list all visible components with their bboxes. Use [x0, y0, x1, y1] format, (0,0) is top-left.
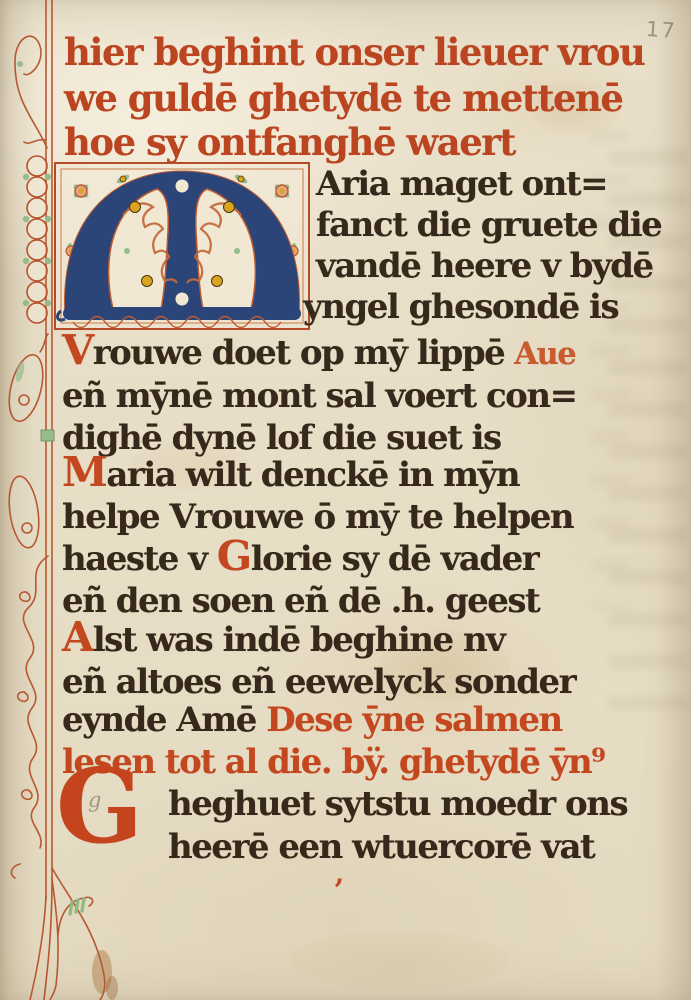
rubric-line: lesen tot al die. bÿ. ghetydē ȳn⁹ [62, 742, 605, 782]
line-text: haeste v [62, 539, 217, 579]
folio-number: 17 [645, 17, 677, 43]
line-text: eynde Amē [62, 700, 266, 740]
red-tick-mark: ʼ [333, 874, 343, 909]
versal-initial: G [217, 531, 251, 580]
versal-initial: V [62, 325, 93, 374]
text-line: fanct die gruete die [316, 205, 661, 245]
parchment-stain [290, 930, 510, 990]
text-line: eynde Amē Dese ȳne salmen [62, 700, 562, 740]
text-line: Maria wilt denckē in mȳn [62, 455, 519, 495]
rubric-line: we guldē ghetydē te mettenē [64, 76, 622, 120]
text-line: eñ altoes eñ eewelyck sonder [62, 662, 575, 702]
text-line: yngel ghesondē is [303, 287, 618, 327]
text-line: Aria maget ont= [316, 164, 607, 204]
rubric-line: hoe sy ontfanghē waert [64, 120, 515, 164]
illuminated-initial-M [53, 161, 311, 331]
text-line: eñ den soen eñ dē .h. geest [62, 581, 539, 621]
text-line: haeste v Glorie sy dē vader [62, 539, 538, 579]
text-line: eñ mȳnē mont sal voert con= [62, 376, 577, 416]
versal-initial: A [62, 612, 93, 661]
line-text: lorie sy dē vader [251, 539, 538, 579]
manuscript-page: 17 [0, 0, 691, 1000]
text-line: heerē een wtuercorē vat [168, 827, 594, 867]
line-text: aria wilt denckē in mȳn [106, 455, 519, 495]
text-line: vandē heere v bydē [316, 246, 653, 286]
margin-note: Aue [514, 336, 575, 372]
guide-letter: g [88, 788, 101, 812]
text-line: Alst was indē beghine nv [62, 620, 504, 660]
line-text: rouwe doet op mȳ lippē [93, 333, 505, 373]
versal-initial: M [62, 447, 106, 496]
text-line: heghuet sytstu moedr ons [168, 784, 627, 824]
text-line: dighē dynē lof die suet is [62, 418, 501, 458]
text-line: Vrouwe doet op mȳ lippēAue [62, 333, 575, 373]
text-line: helpe Vrouwe ō mȳ te helpen [62, 497, 573, 537]
rubric-inline: Dese ȳne salmen [266, 700, 562, 740]
rubric-line: hier beghint onser lieuer vrou [64, 30, 644, 74]
line-text: lst was indē beghine nv [93, 620, 505, 660]
